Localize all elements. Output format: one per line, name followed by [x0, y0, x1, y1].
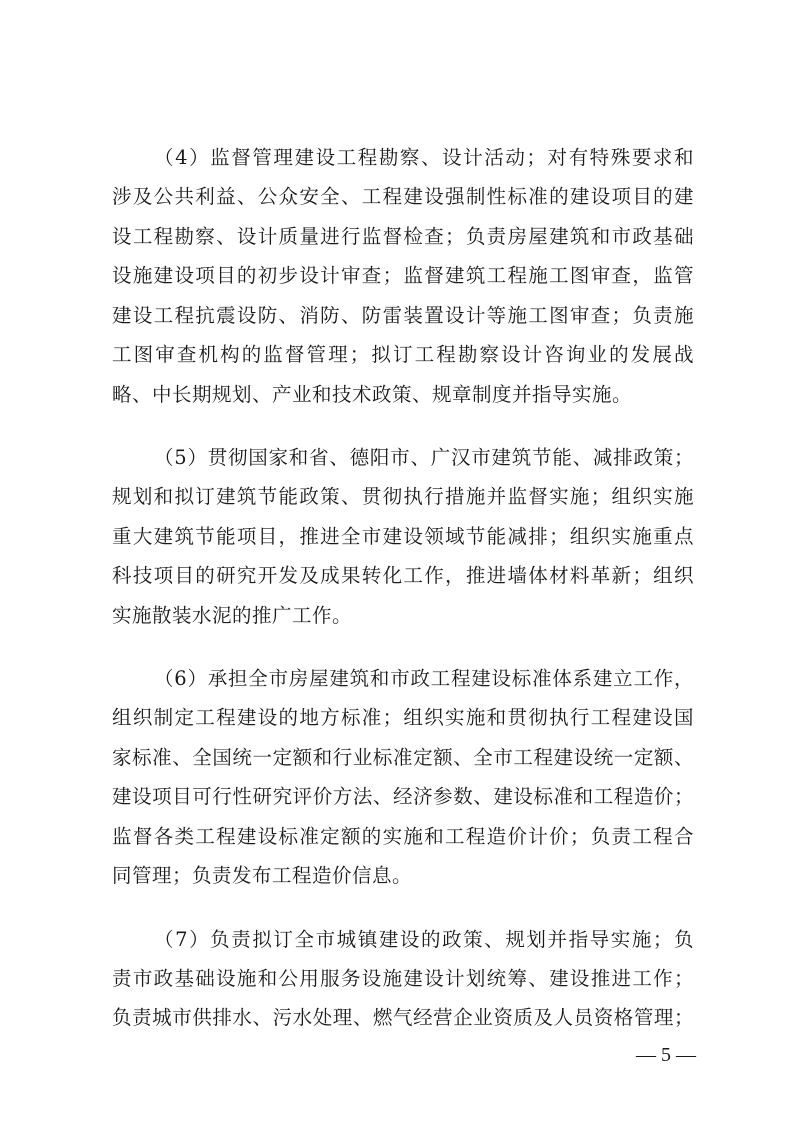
- paragraph-4-line-2: 涉及公共利益、公众安全、工程建设强制性标准的建设项目的建: [112, 182, 694, 212]
- paragraph-5-line-4: 科技项目的研究开发及成果转化工作，推进墙体材料革新；组织: [112, 561, 694, 591]
- paragraph-6-line-1: （6）承担全市房屋建筑和市政工程建设标准体系建立工作，: [154, 664, 694, 694]
- paragraph-4-line-3: 设工程勘察、设计质量进行监督检查；负责房屋建筑和市政基础: [112, 222, 694, 252]
- paragraph-4-line-7: 略、中长期规划、产业和技术政策、规章制度并指导实施。: [112, 380, 694, 410]
- paragraph-5-line-1: （5）贯彻国家和省、德阳市、广汉市建筑节能、减排政策；: [154, 443, 694, 473]
- paragraph-5-line-3: 重大建筑节能项目，推进全市建设领域节能减排；组织实施重点: [112, 522, 694, 552]
- paragraph-6-line-6: 同管理；负责发布工程造价信息。: [112, 861, 694, 891]
- paragraph-4-line-6: 工图审查机构的监督管理；拟订工程勘察设计咨询业的发展战: [112, 340, 694, 370]
- paragraph-5-line-2: 规划和拟订建筑节能政策、贯彻执行措施并监督实施；组织实施: [112, 482, 694, 512]
- paragraph-7-line-1: （7）负责拟订全市城镇建设的政策、规划并指导实施；负: [154, 925, 694, 955]
- paragraph-4-line-1: （4）监督管理建设工程勘察、设计活动；对有特殊要求和: [154, 143, 694, 173]
- paragraph-6-line-4: 建设项目可行性研究评价方法、经济参数、建设标准和工程造价；: [112, 782, 694, 812]
- paragraph-6-line-3: 家标准、全国统一定额和行业标准定额、全市工程建设统一定额、: [112, 743, 694, 773]
- paragraph-5-line-5: 实施散装水泥的推广工作。: [112, 601, 694, 631]
- paragraph-7-line-3: 负责城市供排水、污水处理、燃气经营企业资质及人员资格管理；: [112, 1003, 694, 1033]
- paragraph-4-line-4: 设施建设项目的初步设计审查；监督建筑工程施工图审查，监管: [112, 261, 694, 291]
- page-number: — 5 —: [636, 1040, 716, 1070]
- paragraph-4-line-5: 建设工程抗震设防、消防、防雷装置设计等施工图审查；负责施: [112, 301, 694, 331]
- paragraph-6-line-2: 组织制定工程建设的地方标准；组织实施和贯彻执行工程建设国: [112, 703, 694, 733]
- paragraph-6-line-5: 监督各类工程建设标准定额的实施和工程造价计价；负责工程合: [112, 822, 694, 852]
- document-page: （4）监督管理建设工程勘察、设计活动；对有特殊要求和 涉及公共利益、公众安全、工…: [0, 0, 793, 1122]
- paragraph-7-line-2: 责市政基础设施和公用服务设施建设计划统筹、建设推进工作；: [112, 964, 694, 994]
